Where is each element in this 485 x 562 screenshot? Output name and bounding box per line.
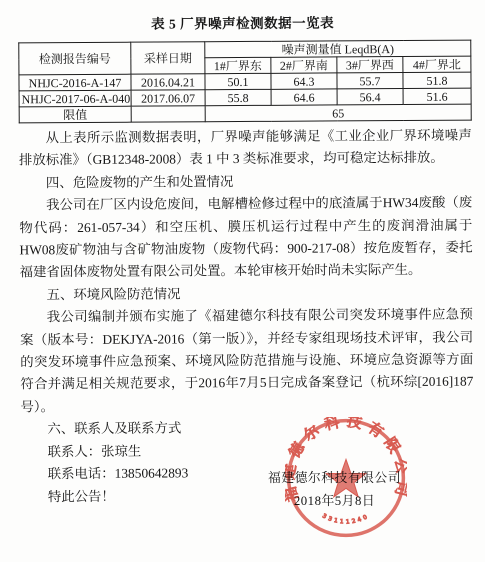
noise-value-cell: 56.4 bbox=[337, 89, 403, 105]
section-heading-contact: 六、联系人及联系方式 bbox=[21, 416, 474, 441]
signature-block: 福建德尔科技有限公司 2018年5月8日 bbox=[268, 467, 401, 513]
col-header-north-boundary: 4#厂界北 bbox=[403, 56, 471, 72]
noise-value-cell: 64.3 bbox=[271, 73, 337, 89]
paragraph-noise-conclusion: 从上表所示监测数据表明，厂界噪声能够满足《工业企业厂界环境噪声排放标准》（GB1… bbox=[19, 125, 472, 173]
document-page: 表 5 厂界噪声检测数据一览表 检测报告编号 采样日期 噪声测量值 LeqdB(… bbox=[0, 0, 485, 562]
body-text: 从上表所示监测数据表明，厂界噪声能够满足《工业企业厂界环境噪声排放标准》（GB1… bbox=[19, 125, 474, 509]
noise-value-cell: 55.8 bbox=[205, 89, 271, 105]
paragraph-emergency-plan: 我公司编制并颁布实施了《福建德尔科技有限公司突发环境事件应急预案（版本号：DEK… bbox=[20, 304, 474, 419]
noise-value-cell: 55.7 bbox=[337, 73, 403, 89]
sample-date-cell: 2017.06.07 bbox=[131, 90, 205, 106]
sample-date-cell: 2016.04.21 bbox=[131, 74, 205, 90]
col-header-noise-group: 噪声测量值 LeqdB(A) bbox=[205, 40, 471, 58]
seal-serial-number: 33111240 bbox=[321, 513, 371, 525]
section-heading-hazardous-waste: 四、危险废物的产生和处置情况 bbox=[19, 169, 472, 194]
col-header-south-boundary: 2#厂界南 bbox=[271, 57, 337, 73]
limit-value-cell: 65 bbox=[205, 104, 471, 122]
limit-empty-cell bbox=[131, 106, 205, 122]
col-header-report-number: 检测报告编号 bbox=[19, 42, 131, 75]
col-header-west-boundary: 3#厂界西 bbox=[337, 57, 403, 73]
limit-label-cell: 限值 bbox=[19, 106, 131, 123]
report-number-cell: NHJC-2016-A-147 bbox=[19, 74, 131, 91]
contact-person-line: 联系人：张琼生 bbox=[21, 438, 474, 463]
announcement-line: 特此公告！ bbox=[21, 483, 474, 508]
noise-value-cell: 50.1 bbox=[205, 73, 271, 89]
signature-date: 2018年5月8日 bbox=[268, 490, 401, 513]
noise-data-table: 检测报告编号 采样日期 噪声测量值 LeqdB(A) 1#厂界东 2#厂界南 3… bbox=[18, 40, 472, 124]
contact-phone-line: 联系电话：13850642893 bbox=[21, 461, 474, 486]
table-title: 表 5 厂界噪声检测数据一览表 bbox=[0, 11, 485, 34]
noise-value-cell: 64.6 bbox=[271, 89, 337, 105]
paragraph-hazardous-waste: 我公司在厂区内设危废间，电解槽检修过程中的底渣属于HW34废酸（废物代码：261… bbox=[19, 192, 473, 284]
col-header-east-boundary: 1#厂界东 bbox=[205, 57, 271, 73]
section-heading-risk-prevention: 五、环境风险防范情况 bbox=[20, 281, 473, 306]
col-header-sample-date: 采样日期 bbox=[131, 42, 205, 74]
signature-company-name: 福建德尔科技有限公司 bbox=[268, 467, 401, 490]
noise-value-cell: 51.8 bbox=[403, 72, 471, 88]
report-number-cell: NHJC-2017-06-A-040 bbox=[19, 90, 131, 107]
scanned-content: 表 5 厂界噪声检测数据一览表 检测报告编号 采样日期 噪声测量值 LeqdB(… bbox=[0, 0, 485, 508]
limit-row: 限值 65 bbox=[19, 104, 471, 123]
noise-value-cell: 51.6 bbox=[403, 88, 471, 104]
